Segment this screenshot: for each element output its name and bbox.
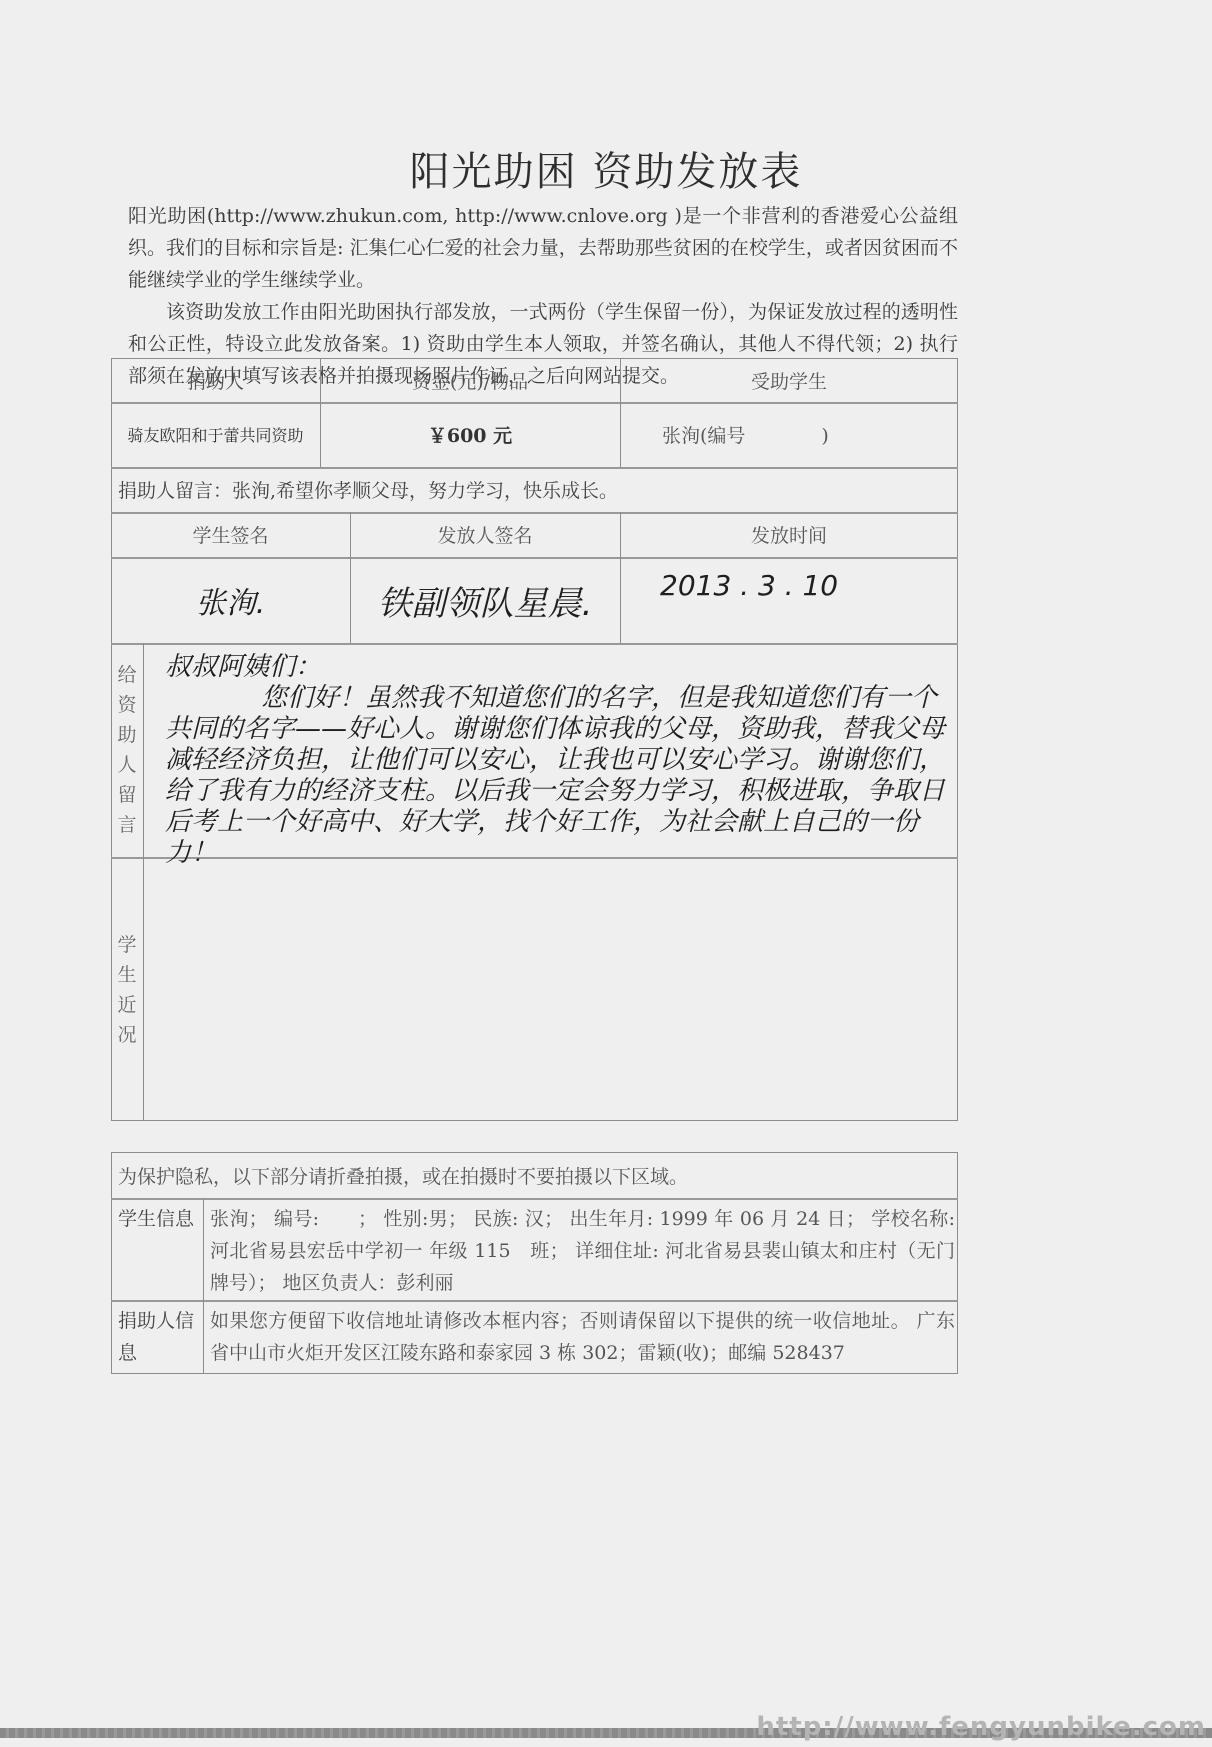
letter-greeting: 叔叔阿姨们： [165,652,955,683]
issuer-signature: 铁副领队星晨. [350,557,620,643]
header-amount: 资金(元)/物品 [320,358,620,402]
divider [143,643,144,1121]
divider [203,1198,204,1374]
grant-amount: ￥600 元 [320,402,620,467]
label-char: 生 [111,960,143,990]
label-char: 给 [111,660,143,690]
donor-name: 骑友欧阳和于蕾共同资助 [111,402,320,467]
letter-to-donor: 叔叔阿姨们： 您们好！虽然我不知道您们的名字，但是我知道您们有一个共同的名字——… [165,652,955,869]
header-issue-date: 发放时间 [620,512,958,557]
label-char: 近 [111,990,143,1020]
status-label: 学 生 近 况 [111,930,143,1050]
issue-date: 2013 . 3 . 10 [660,560,940,610]
label-char: 况 [111,1020,143,1050]
label-char: 助 [111,720,143,750]
letter-body: 您们好！虽然我不知道您们的名字，但是我知道您们有一个共同的名字——好心人。谢谢您… [165,683,955,869]
student-name-id: 张洵(编号 ) [662,402,952,467]
header-student: 受助学生 [620,358,958,402]
header-student-signature: 学生签名 [111,512,350,557]
divider [111,1198,958,1200]
header-donor: 捐助人 [111,358,320,402]
student-status-area [145,860,955,1118]
divider [111,1300,958,1302]
document-title: 阳光助困 资助发放表 [0,140,1212,197]
donor-message: 捐助人留言：张洵,希望你孝顺父母，努力学习，快乐成长。 [118,467,948,512]
letter-label: 给 资 助 人 留 言 [111,660,143,840]
student-info: 张洵； 编号: ； 性别:男； 民族: 汉； 出生年月: 1999 年 06 月… [210,1203,955,1299]
donor-info: 如果您方便留下收信地址请修改本框内容；否则请保留以下提供的统一收信地址。 广东省… [210,1305,955,1369]
label-char: 学 [111,930,143,960]
label-char: 言 [111,810,143,840]
student-info-label: 学生信息 [118,1203,202,1235]
donor-info-label: 捐助人信息 [118,1305,202,1369]
intro-paragraph-1: 阳光助困(http://www.zhukun.com, http://www.c… [128,200,958,296]
label-char: 留 [111,780,143,810]
header-issuer-signature: 发放人签名 [350,512,620,557]
student-signature: 张洵. [111,557,350,643]
label-char: 资 [111,690,143,720]
label-char: 人 [111,750,143,780]
privacy-notice: 为保护隐私，以下部分请折叠拍摄，或在拍摄时不要拍摄以下区域。 [118,1152,948,1198]
divider [111,643,958,645]
watermark-url: http://www.fengyunbike.com [756,1712,1206,1742]
